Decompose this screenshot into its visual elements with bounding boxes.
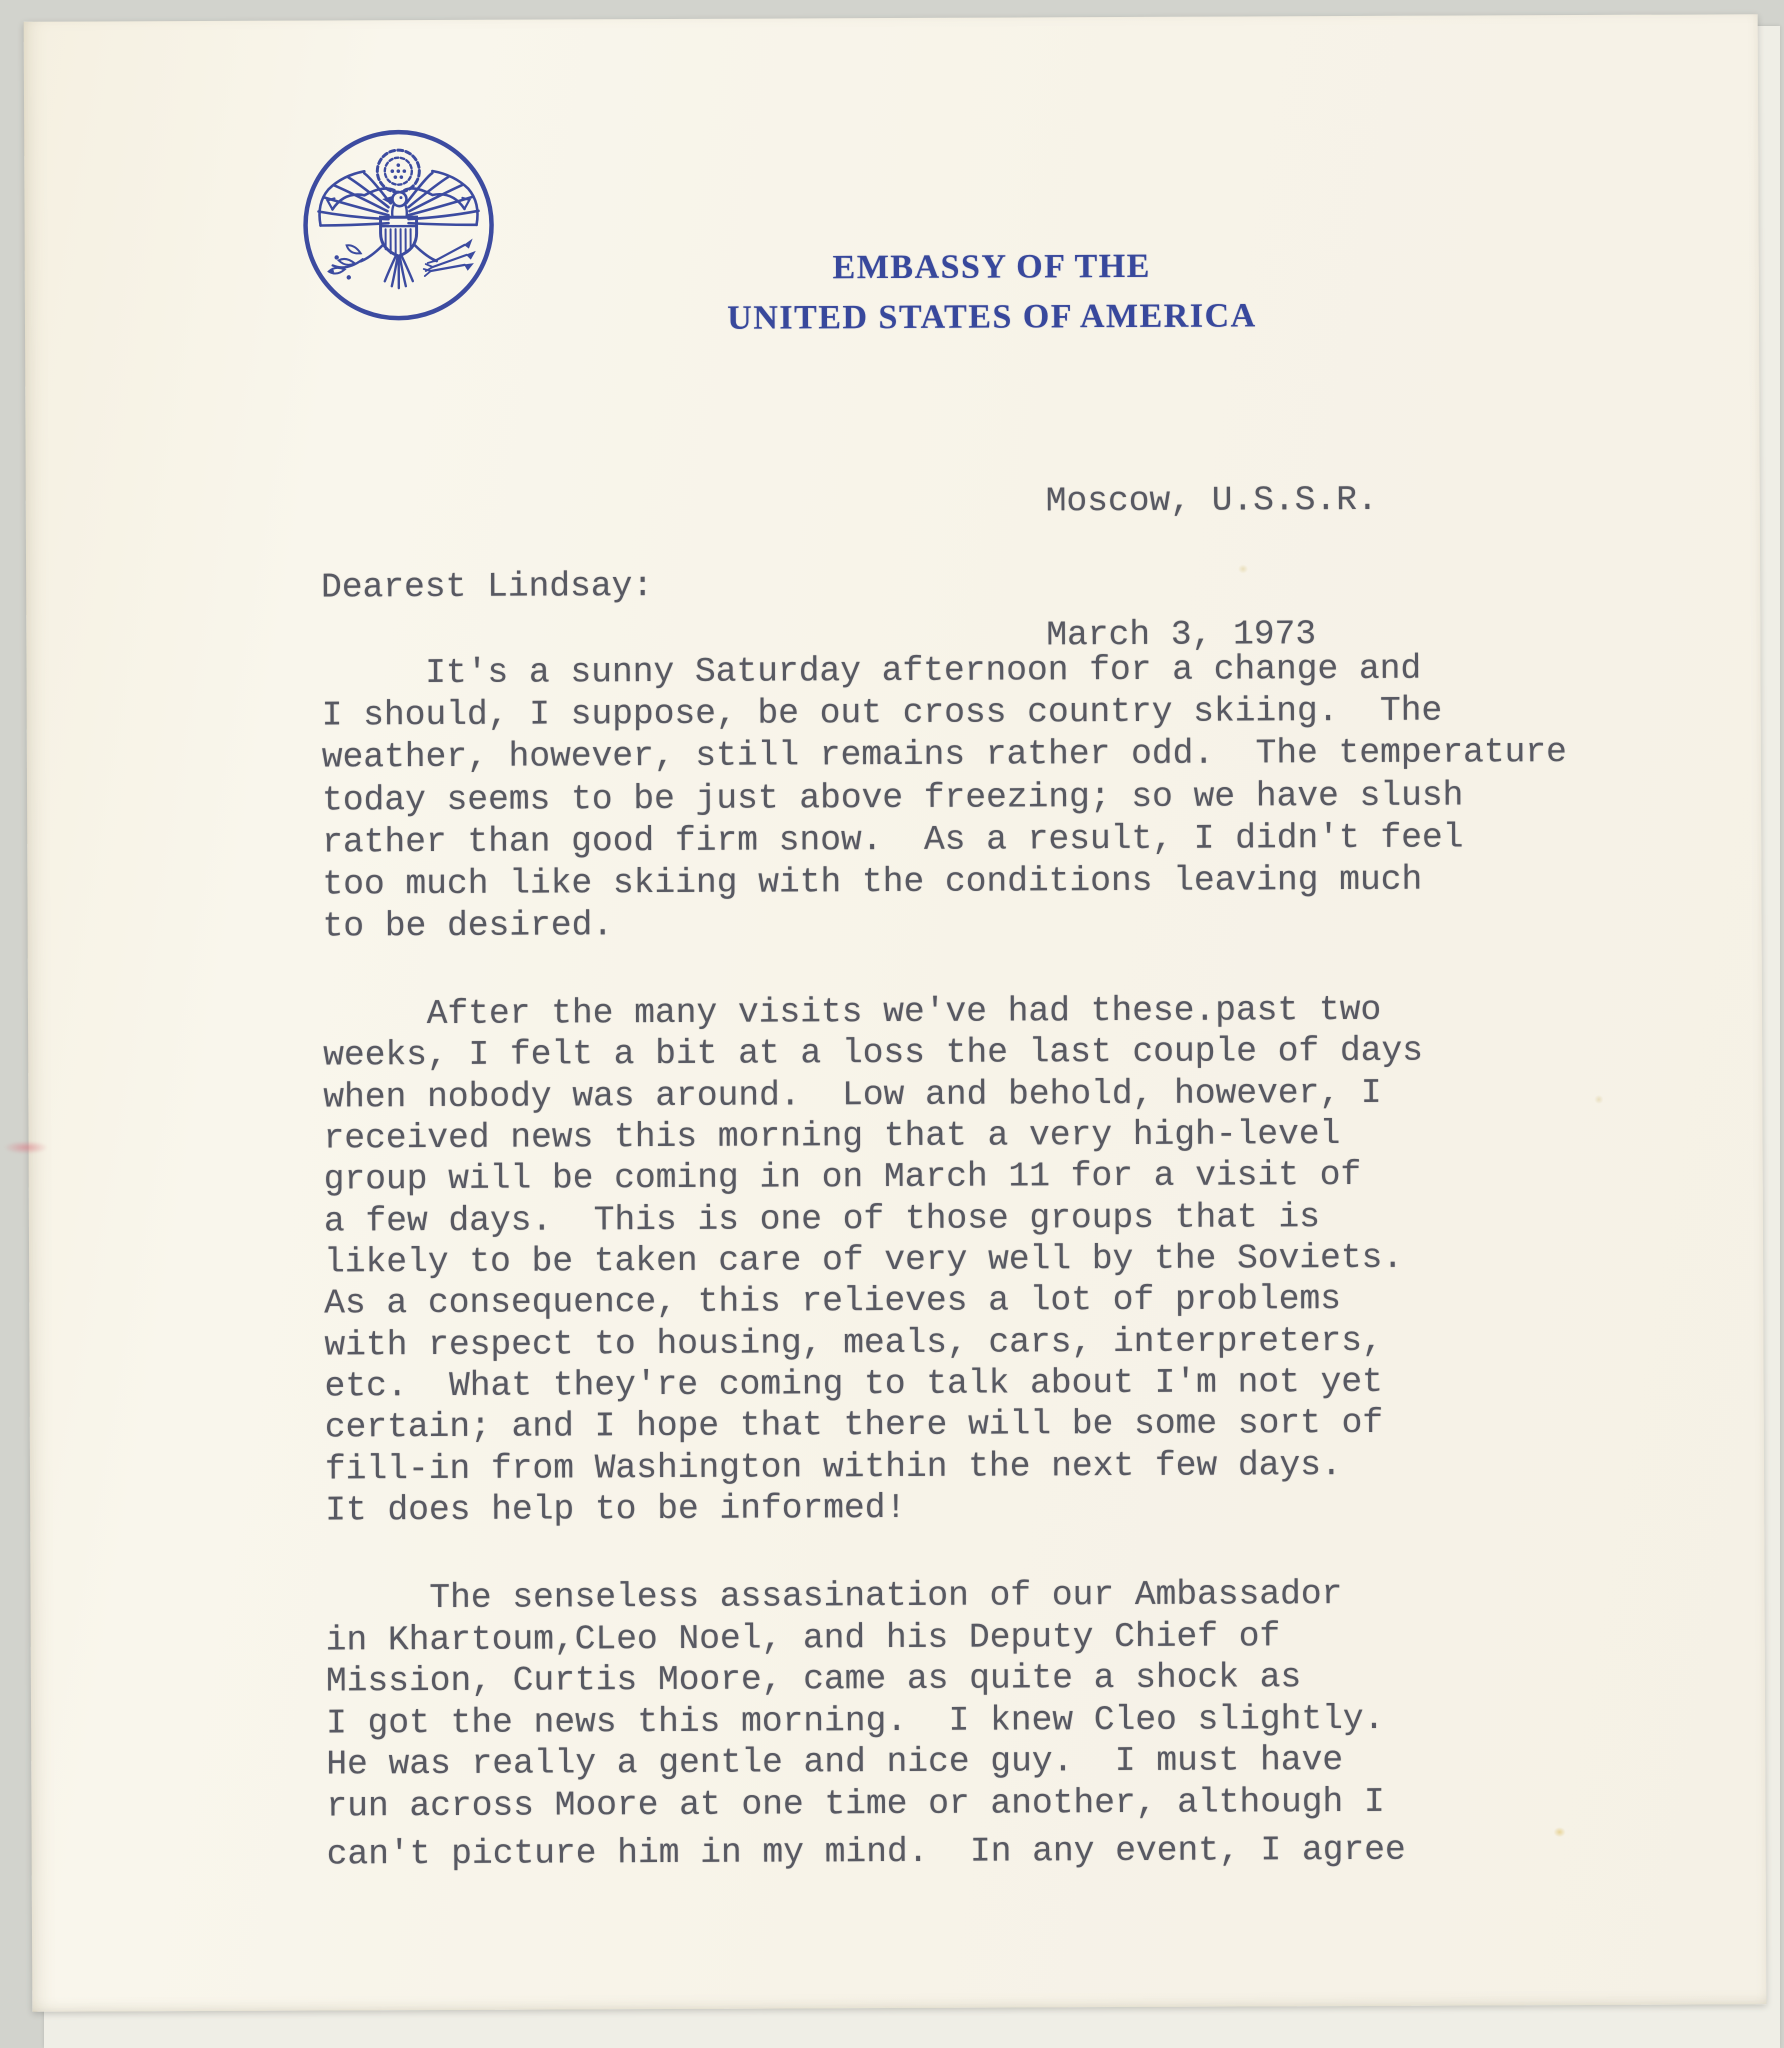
letterhead-line1: EMBASSY OF THE [592,247,1392,288]
typed-line: today seems to be just above freezing; s… [322,775,1567,823]
dateline-place: Moscow, U.S.S.R. [1046,479,1378,525]
typed-line: in Khartoum,CLeo Noel, and his Deputy Ch… [326,1615,1405,1661]
typed-line: As a consequence, this relieves a lot of… [324,1279,1424,1325]
typed-line: can't picture him in my mind. In any eve… [327,1829,1406,1875]
letterhead-line2: UNITED STATES OF AMERICA [592,297,1392,338]
typed-line: After the many visits we've had these.pa… [323,990,1423,1036]
typed-line: rather than good firm snow. As a result,… [322,817,1567,865]
letter-paper: EMBASSY OF THE UNITED STATES OF AMERICA … [24,14,1767,2012]
scan-artifact-speck [1594,1095,1603,1104]
typed-line: run across Moore at one time or another,… [326,1782,1405,1828]
scan-artifact-speck [1554,1827,1566,1837]
typed-line: Mission, Curtis Moore, came as quite a s… [326,1657,1405,1703]
typed-line: a few days. This is one of those groups … [324,1196,1424,1242]
typed-line: group will be coming in on March 11 for … [324,1155,1424,1201]
paragraph-assassination: The senseless assasination of our Ambass… [325,1574,1405,1876]
typed-line: I got the news this morning. I knew Cleo… [326,1699,1405,1745]
scan-artifact-red [4,1141,48,1154]
typed-line: weather, however, still remains rather o… [322,732,1567,780]
salutation: Dearest Lindsay: [321,565,653,610]
typed-line: It does help to be informed! [325,1486,1425,1532]
typed-line: with respect to housing, meals, cars, in… [324,1320,1424,1366]
typed-line: likely to be taken care of very well by … [324,1238,1424,1284]
paragraph-weather: It's a sunny Saturday afternoon for a ch… [321,648,1567,949]
typed-line: I should, I suppose, be out cross countr… [322,690,1567,738]
typed-line: He was really a gentle and nice guy. I m… [326,1740,1405,1786]
typed-line: to be desired. [323,901,1568,949]
paragraph-visits: After the many visits we've had these.pa… [323,990,1425,1532]
scan-artifact-speck [1238,564,1248,573]
typed-line: received news this morning that a very h… [323,1114,1423,1160]
great-seal-icon [298,125,499,326]
typed-line: weeks, I felt a bit at a loss the last c… [323,1031,1423,1077]
typed-line: The senseless assasination of our Ambass… [325,1574,1404,1620]
typed-line: when nobody was around. Low and behold, … [323,1072,1423,1118]
scanned-letter-page: EMBASSY OF THE UNITED STATES OF AMERICA … [0,0,1784,2048]
typed-line: certain; and I hope that there will be s… [325,1403,1425,1449]
typed-line: etc. What they're coming to talk about I… [325,1362,1425,1408]
typed-line: fill-in from Washington within the next … [325,1444,1425,1490]
typed-line: too much like skiing with the conditions… [322,859,1567,907]
typed-line: It's a sunny Saturday afternoon for a ch… [321,648,1566,696]
